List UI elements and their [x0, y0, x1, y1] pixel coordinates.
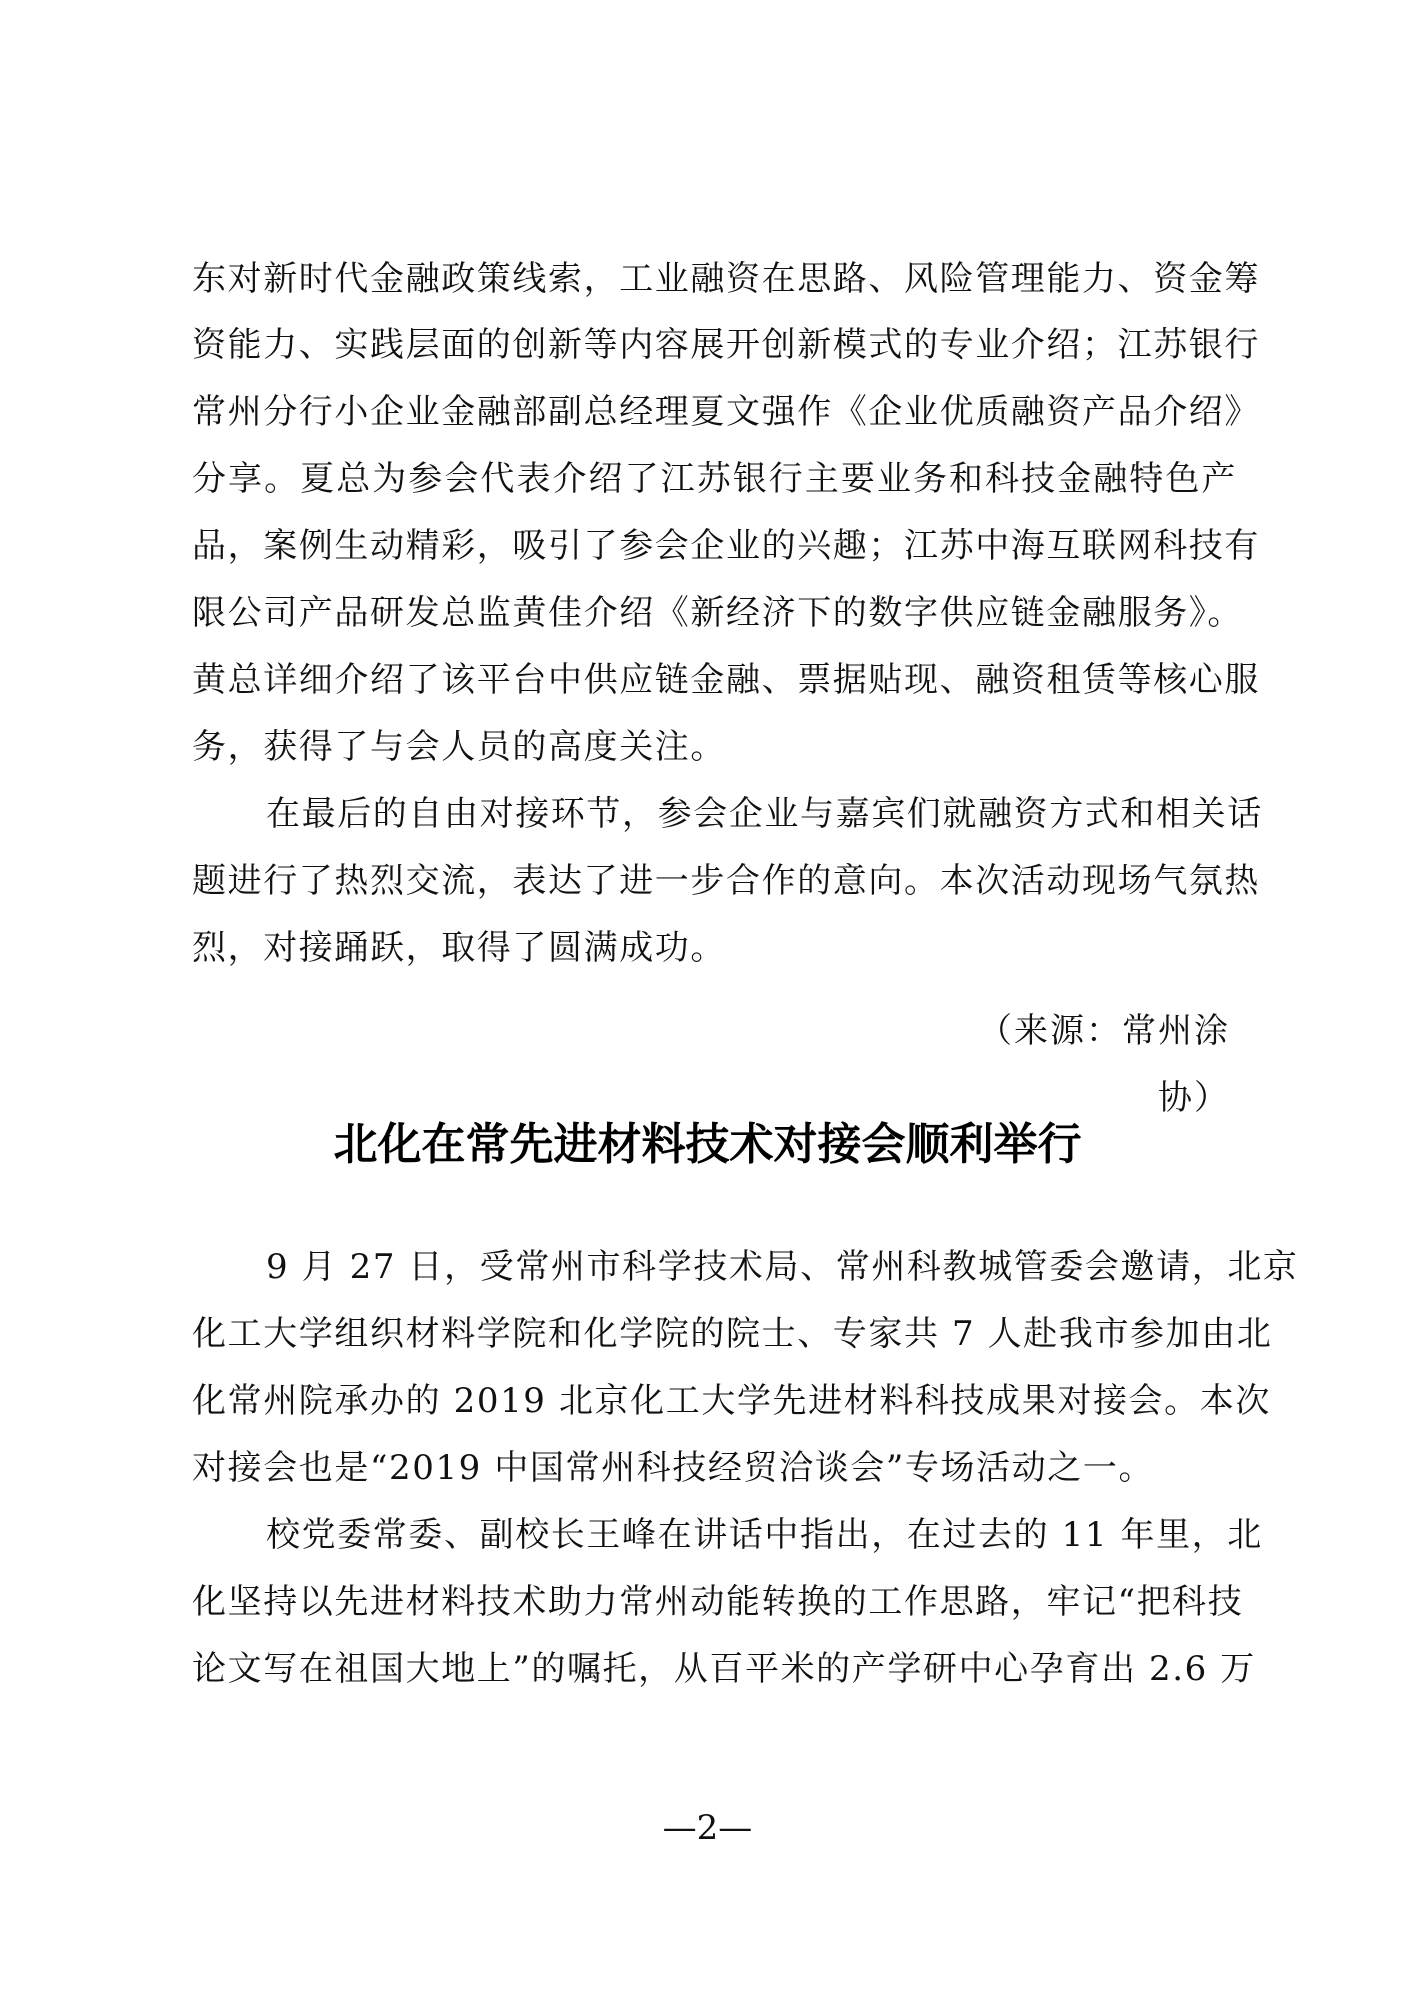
text-line: 务，获得了与会人员的高度关注。: [192, 714, 1237, 781]
text-line: 东对新时代金融政策线索，工业融资在思路、风险管理能力、资金筹: [192, 246, 1237, 313]
text-line: 论文写在祖国大地上”的嘱托，从百平米的产学研中心孕育出 2.6 万: [192, 1636, 1237, 1703]
page-number: —2—: [0, 1803, 1415, 1853]
text-line: 黄总详细介绍了该平台中供应链金融、票据贴现、融资租赁等核心服: [192, 647, 1237, 714]
text-line: 9 月 27 日，受常州市科学技术局、常州科教城管委会邀请，北京: [266, 1234, 1237, 1301]
source-attribution: （来源：常州涂协）: [930, 998, 1230, 1065]
text-line: 烈，对接踊跃，取得了圆满成功。: [192, 915, 1237, 982]
text-line: 化常州院承办的 2019 北京化工大学先进材料科技成果对接会。本次: [192, 1368, 1237, 1435]
text-line: 在最后的自由对接环节，参会企业与嘉宾们就融资方式和相关话: [266, 781, 1237, 848]
document-page: 东对新时代金融政策线索，工业融资在思路、风险管理能力、资金筹 资能力、实践层面的…: [0, 0, 1415, 2000]
text-line: 对接会也是“2019 中国常州科技经贸洽谈会”专场活动之一。: [192, 1435, 1237, 1502]
text-line: 资能力、实践层面的创新等内容展开创新模式的专业介绍；江苏银行: [192, 312, 1237, 379]
text-line: 校党委常委、副校长王峰在讲话中指出，在过去的 11 年里，北: [266, 1502, 1237, 1569]
text-line: 化工大学组织材料学院和化学院的院士、专家共 7 人赴我市参加由北: [192, 1301, 1237, 1368]
text-line: 常州分行小企业金融部副总经理夏文强作《企业优质融资产品介绍》: [192, 379, 1237, 446]
text-line: 限公司产品研发总监黄佳介绍《新经济下的数字供应链金融服务》。: [192, 580, 1237, 647]
text-line: 分享。夏总为参会代表介绍了江苏银行主要业务和科技金融特色产: [192, 446, 1237, 513]
text-line: 题进行了热烈交流，表达了进一步合作的意向。本次活动现场气氛热: [192, 848, 1237, 915]
article-title: 北化在常先进材料技术对接会顺利举行: [0, 1110, 1415, 1180]
text-line: 品，案例生动精彩，吸引了参会企业的兴趣；江苏中海互联网科技有: [192, 513, 1237, 580]
text-line: 化坚持以先进材料技术助力常州动能转换的工作思路，牢记“把科技: [192, 1569, 1237, 1636]
